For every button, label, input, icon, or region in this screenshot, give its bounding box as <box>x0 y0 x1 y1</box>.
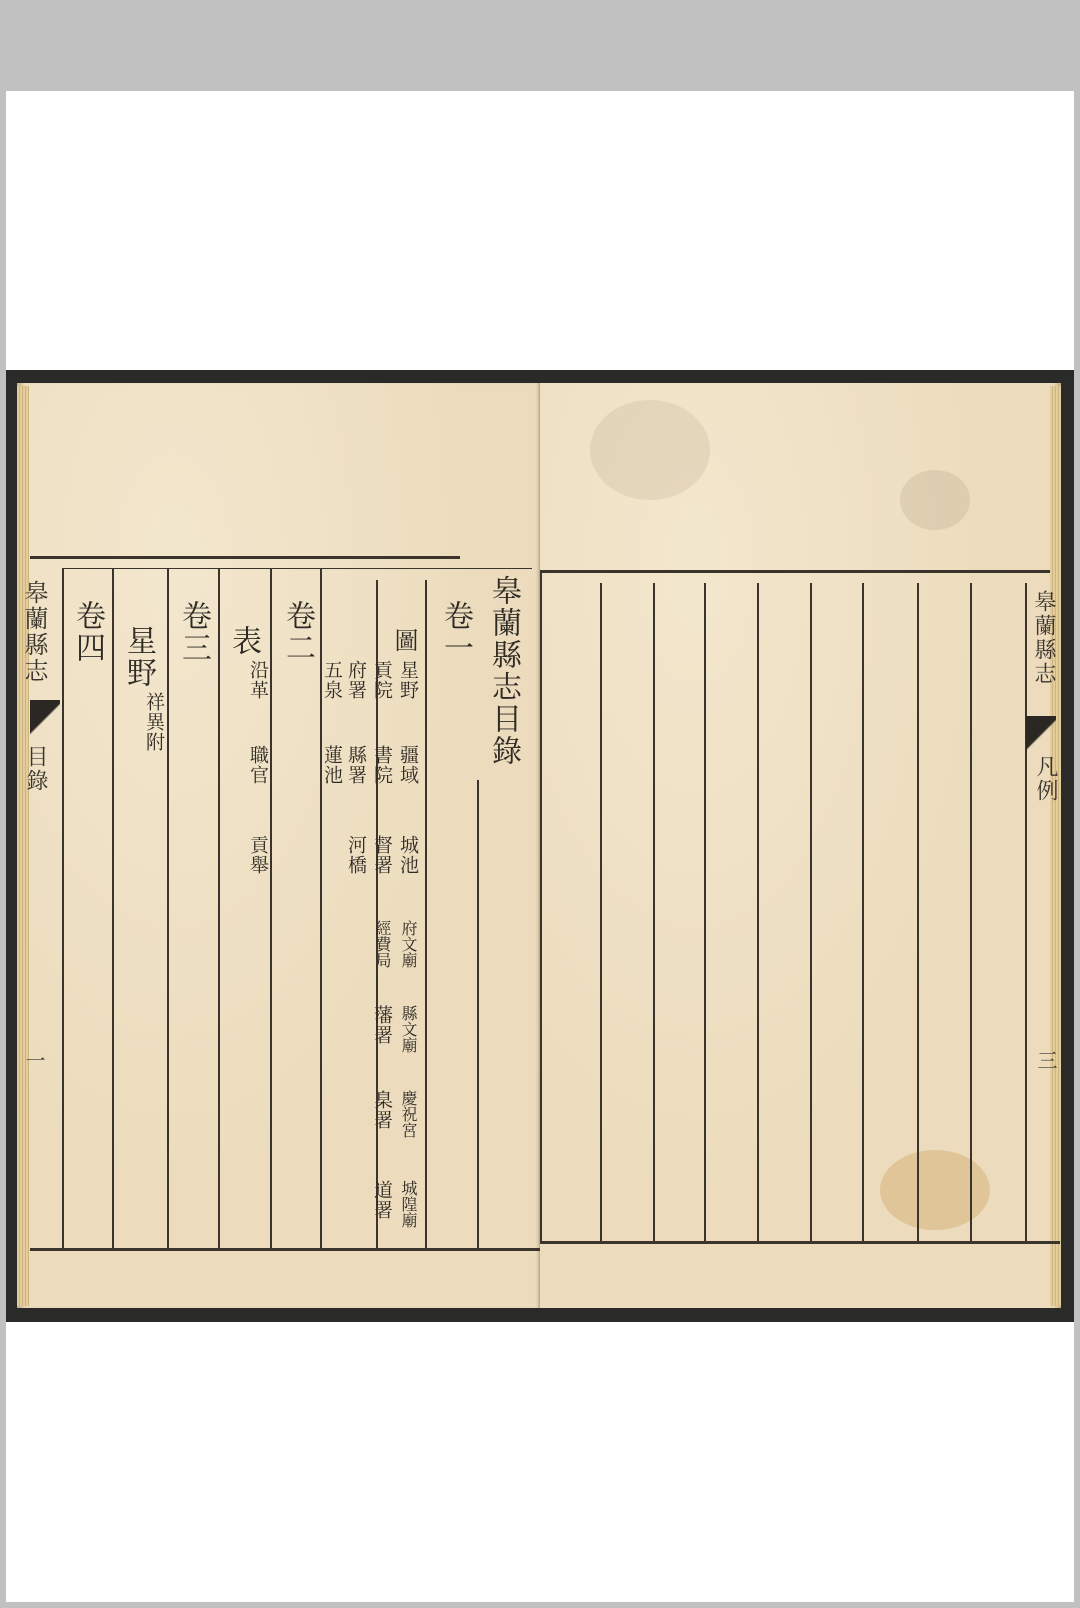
toc-title: 皋蘭縣志目錄 <box>488 575 518 767</box>
toc-entry: 道署 <box>372 1180 391 1220</box>
toc-entry: 疆域 <box>398 745 417 785</box>
left-page <box>17 383 540 1308</box>
toc-entry: 沿革 <box>248 660 267 700</box>
toc-entry: 臬署 <box>372 1090 391 1130</box>
top-border-rule <box>540 570 1050 573</box>
toc-entry: 圖 <box>392 628 416 654</box>
column-rule <box>970 583 972 1241</box>
column-rule <box>1025 583 1027 1241</box>
column-rule <box>112 568 114 1248</box>
toc-entry: 府署 <box>346 660 365 700</box>
toc-entry: 縣文廟 <box>400 1005 416 1053</box>
column-rule <box>270 568 272 1248</box>
toc-entry: 城池 <box>398 835 417 875</box>
column-rule <box>600 583 602 1241</box>
toc-entry: 貢院 <box>372 660 391 700</box>
top-inner-rule <box>62 568 532 569</box>
right-page-number: 三 <box>1036 1050 1056 1072</box>
toc-entry: 慶祝宮 <box>400 1090 416 1138</box>
right-margin-section: 凡例 <box>1034 755 1056 803</box>
toc-entry: 五泉 <box>322 660 341 700</box>
bottom-border-rule <box>540 1241 1060 1244</box>
toc-section-heading: 星野 <box>123 625 153 689</box>
paper-stain <box>590 400 710 500</box>
top-border-rule <box>30 556 460 559</box>
toc-entry: 祥異附 <box>144 692 163 752</box>
fishtail-mark <box>1026 716 1056 752</box>
toc-entry: 星野 <box>398 660 417 700</box>
bottom-border-rule <box>30 1248 540 1251</box>
column-rule <box>218 568 220 1248</box>
toc-entry: 督署 <box>372 835 391 875</box>
toc-entry: 蓮池 <box>322 745 341 785</box>
toc-entry: 縣署 <box>346 745 365 785</box>
left-margin-section: 目錄 <box>24 745 46 793</box>
column-rule <box>757 583 759 1241</box>
left-margin-title: 皋蘭縣志 <box>22 580 46 684</box>
volume-1-heading: 卷一 <box>440 600 470 664</box>
paper-stain <box>900 470 970 530</box>
toc-entry: 貢舉 <box>248 835 267 875</box>
paper-stain <box>880 1150 990 1230</box>
right-page <box>540 383 1061 1308</box>
toc-section-heading: 表 <box>228 625 258 657</box>
toc-entry: 城隍廟 <box>400 1180 416 1228</box>
toc-entry: 經費局 <box>374 920 390 968</box>
toc-entry: 河橋 <box>346 835 365 875</box>
column-rule <box>62 568 64 1248</box>
volume-4-heading: 卷四 <box>72 600 102 664</box>
column-rule <box>704 583 706 1241</box>
volume-2-heading: 卷二 <box>282 600 312 664</box>
left-page-number: 一 <box>24 1050 44 1072</box>
toc-entry: 職官 <box>248 745 267 785</box>
column-rule <box>167 568 169 1248</box>
column-rule <box>425 580 427 1248</box>
fishtail-mark <box>30 700 60 736</box>
right-page-edges <box>1050 386 1061 1306</box>
toc-entry: 藩署 <box>372 1005 391 1045</box>
column-rule <box>810 583 812 1241</box>
left-page-edges <box>17 386 29 1306</box>
column-rule <box>477 780 479 1248</box>
toc-entry: 書院 <box>372 745 391 785</box>
right-margin-title: 皋蘭縣志 <box>1032 590 1054 686</box>
column-rule <box>862 583 864 1241</box>
toc-entry: 府文廟 <box>400 920 416 968</box>
volume-3-heading: 卷三 <box>178 600 208 664</box>
column-rule <box>540 570 542 1242</box>
column-rule <box>917 583 919 1241</box>
column-rule <box>653 583 655 1241</box>
